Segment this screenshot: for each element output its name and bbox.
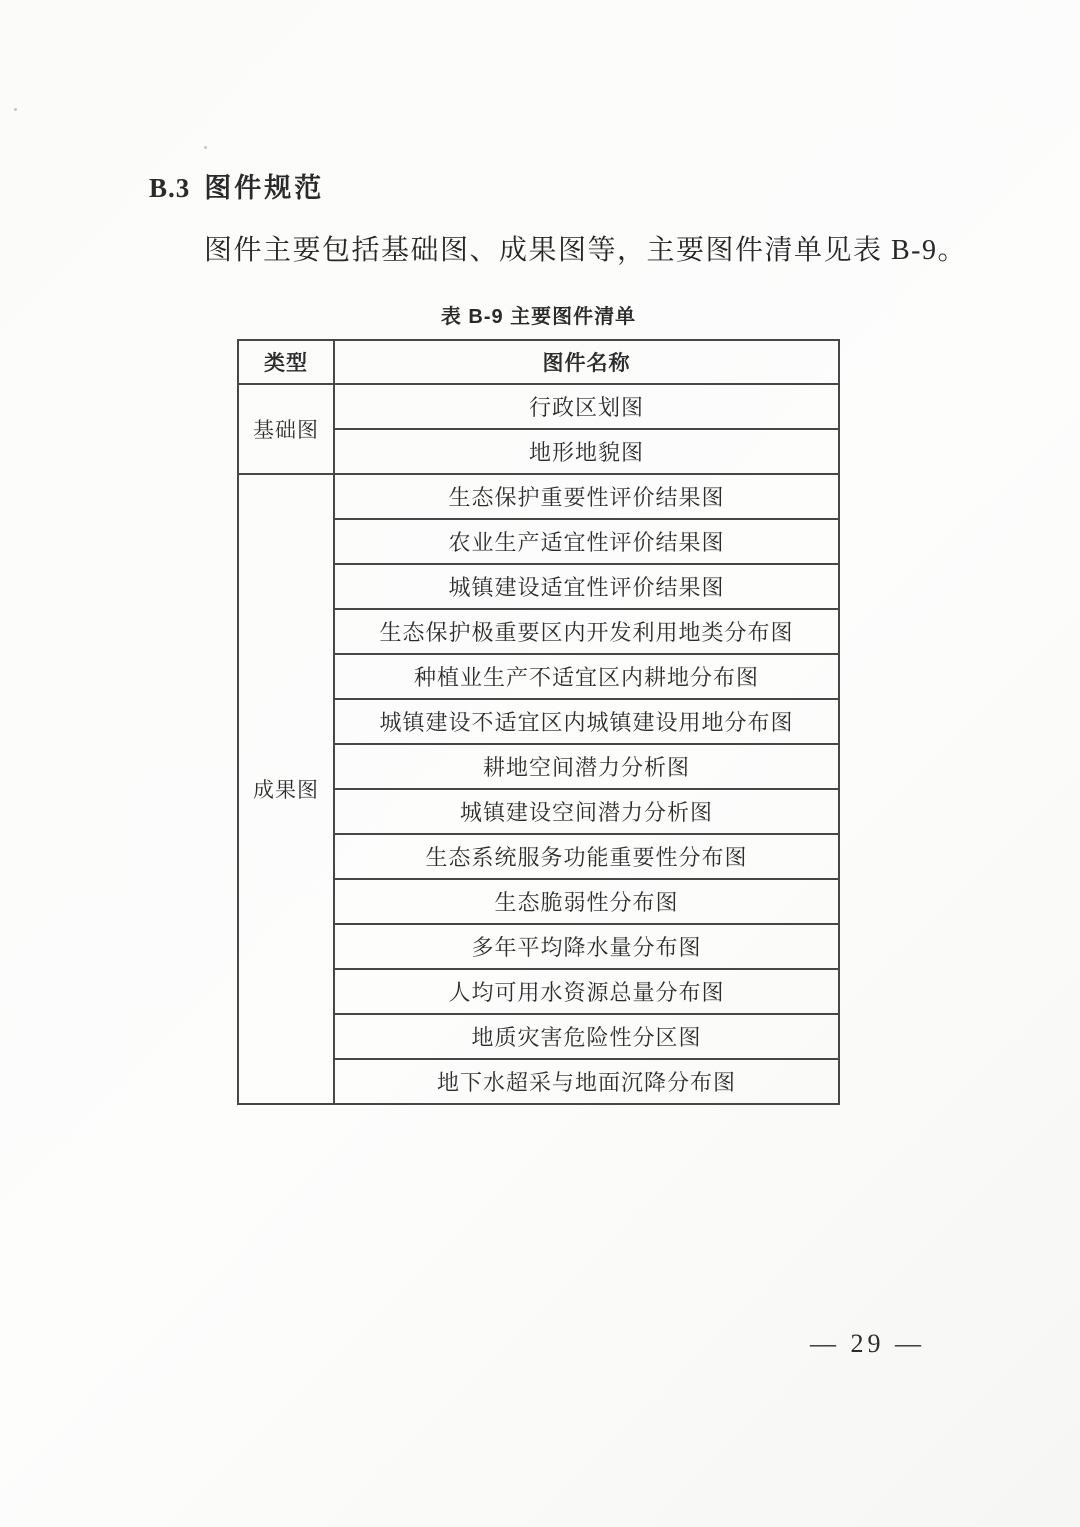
section-number: B.3 [149, 173, 190, 203]
intro-paragraph: 图件主要包括基础图、成果图等，主要图件清单见表 B-9。 [204, 228, 967, 268]
map-name-cell: 多年平均降水量分布图 [334, 924, 839, 969]
section-title: 图件规范 [204, 173, 324, 203]
map-name-cell: 人均可用水资源总量分布图 [334, 969, 839, 1014]
col-header-name: 图件名称 [334, 340, 839, 384]
map-name-cell: 地形地貌图 [334, 429, 839, 474]
col-header-type: 类型 [238, 340, 334, 384]
table-row: 成果图 生态保护重要性评价结果图 [238, 474, 839, 519]
document-page: B.3图件规范 图件主要包括基础图、成果图等，主要图件清单见表 B-9。 表 B… [0, 0, 1080, 1527]
map-name-cell: 地下水超采与地面沉降分布图 [334, 1059, 839, 1104]
table-header-row: 类型 图件名称 [238, 340, 839, 384]
map-name-cell: 行政区划图 [334, 384, 839, 429]
map-name-cell: 城镇建设不适宜区内城镇建设用地分布图 [334, 699, 839, 744]
map-name-cell: 生态保护重要性评价结果图 [334, 474, 839, 519]
map-name-cell: 地质灾害危险性分区图 [334, 1014, 839, 1059]
group-type-cell-base: 基础图 [238, 384, 334, 474]
group-type-cell-result: 成果图 [238, 474, 334, 1104]
map-list-table: 类型 图件名称 基础图 行政区划图 地形地貌图 成果图 生态保护重要性评价结果图… [237, 339, 840, 1105]
map-name-cell: 种植业生产不适宜区内耕地分布图 [334, 654, 839, 699]
map-name-cell: 城镇建设适宜性评价结果图 [334, 564, 839, 609]
scan-speck [204, 146, 207, 149]
map-name-cell: 生态脆弱性分布图 [334, 879, 839, 924]
page-number: — 29 — [810, 1329, 925, 1359]
map-name-cell: 耕地空间潜力分析图 [334, 744, 839, 789]
table-caption: 表 B-9 主要图件清单 [237, 300, 840, 329]
map-name-cell: 农业生产适宜性评价结果图 [334, 519, 839, 564]
map-name-cell: 城镇建设空间潜力分析图 [334, 789, 839, 834]
map-name-cell: 生态系统服务功能重要性分布图 [334, 834, 839, 879]
section-heading: B.3图件规范 [149, 166, 324, 205]
table-row: 基础图 行政区划图 [238, 384, 839, 429]
map-name-cell: 生态保护极重要区内开发利用地类分布图 [334, 609, 839, 654]
scan-speck [14, 108, 17, 111]
